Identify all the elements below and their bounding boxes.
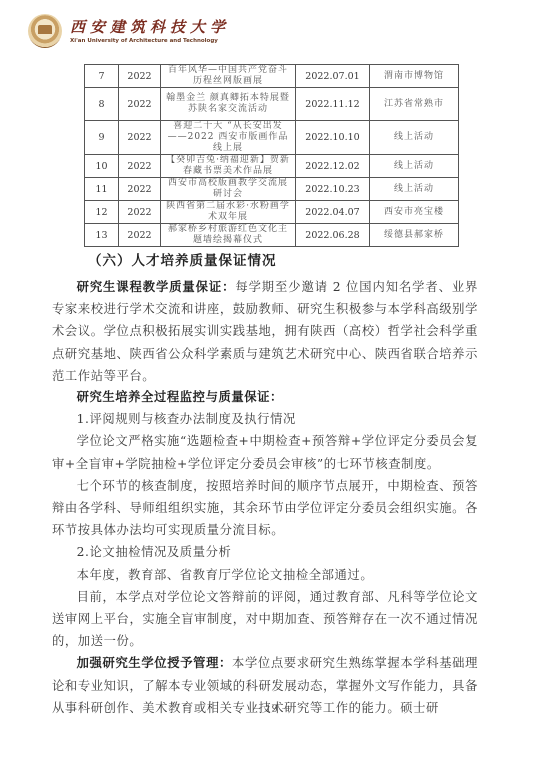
subheading-spot-check: 2.论文抽检情况及质量分析 bbox=[52, 541, 478, 563]
cell-location: 绥德县郝家桥 bbox=[370, 224, 459, 247]
cell-location: 线上活动 bbox=[370, 178, 459, 201]
cell-location: 渭南市博物馆 bbox=[370, 65, 459, 88]
cell-no: 9 bbox=[85, 121, 119, 155]
cell-date: 2022.06.28 bbox=[296, 224, 370, 247]
cell-location: 线上活动 bbox=[370, 155, 459, 178]
cell-location: 江苏省常熟市 bbox=[370, 88, 459, 121]
cell-title: 西安市高校版画教学交流展研讨会 bbox=[161, 178, 296, 201]
table-row: 9 2022 喜迎二十大 “从长安出发——2022 西安市版画作品线上展 202… bbox=[85, 121, 459, 155]
cell-no: 10 bbox=[85, 155, 119, 178]
paragraph-spot-check-result: 本年度，教育部、省教育厅学位论文抽检全部通过。 bbox=[52, 564, 478, 586]
table-row: 11 2022 西安市高校版画教学交流展研讨会 2022.10.23 线上活动 bbox=[85, 178, 459, 201]
cell-no: 11 bbox=[85, 178, 119, 201]
cell-date: 2022.10.23 bbox=[296, 178, 370, 201]
cell-date: 2022.07.01 bbox=[296, 65, 370, 88]
cell-title: 陕西省第二届水彩·水粉画学术双年展 bbox=[161, 201, 296, 224]
cell-date: 2022.04.07 bbox=[296, 201, 370, 224]
cell-title: 百年风华—中国共产党奋斗历程丝网版画展 bbox=[161, 65, 296, 88]
school-name-en: Xi'an University of Architecture and Tec… bbox=[70, 38, 218, 44]
section-heading: （六）人才培养质量保证情况 bbox=[88, 249, 277, 269]
university-seal-icon bbox=[28, 14, 62, 48]
cell-date: 2022.10.10 bbox=[296, 121, 370, 155]
para-bold-lead: 研究生课程教学质量保证： bbox=[77, 279, 236, 294]
page-number: － 19 － bbox=[0, 700, 543, 715]
cell-year: 2022 bbox=[119, 155, 161, 178]
cell-year: 2022 bbox=[119, 88, 161, 121]
table-row: 13 2022 郝家桥乡村旅游红色文化主题墙绘揭幕仪式 2022.06.28 绥… bbox=[85, 224, 459, 247]
cell-year: 2022 bbox=[119, 178, 161, 201]
para-text: 每学期至少邀请 2 位国内知名学者、业界专家来校进行学术交流和讲座，鼓励教师、研… bbox=[52, 280, 478, 383]
cell-title: 翰墨金兰 颜真卿拓本特展暨苏陕名家交流活动 bbox=[161, 88, 296, 121]
table-row: 8 2022 翰墨金兰 颜真卿拓本特展暨苏陕名家交流活动 2022.11.12 … bbox=[85, 88, 459, 121]
paragraph-seven-steps-detail: 七个环节的核查制度，按照培养时间的顺序节点展开，中期检查、预答辩由各学科、导师组… bbox=[52, 475, 478, 542]
cell-year: 2022 bbox=[119, 201, 161, 224]
cell-no: 13 bbox=[85, 224, 119, 247]
para-bold-lead: 研究生培养全过程监控与质量保证： bbox=[77, 389, 283, 404]
cell-location: 西安市亮宝楼 bbox=[370, 201, 459, 224]
cell-date: 2022.11.12 bbox=[296, 88, 370, 121]
cell-location: 线上活动 bbox=[370, 121, 459, 155]
cell-no: 12 bbox=[85, 201, 119, 224]
paragraph-monitoring-heading: 研究生培养全过程监控与质量保证： 1.评阅规则与核查办法制度及执行情况 学位论文… bbox=[52, 386, 478, 719]
document-header: 西安建筑科技大学 Xi'an University of Architectur… bbox=[28, 14, 328, 54]
subheading-review-rules: 1.评阅规则与核查办法制度及执行情况 bbox=[52, 408, 478, 430]
table-row: 10 2022 【癸卯吉兔·纳福迎新】贺新春藏书票美术作品展 2022.12.0… bbox=[85, 155, 459, 178]
cell-no: 7 bbox=[85, 65, 119, 88]
school-name-cn: 西安建筑科技大学 bbox=[70, 16, 230, 37]
cell-no: 8 bbox=[85, 88, 119, 121]
cell-year: 2022 bbox=[119, 121, 161, 155]
paragraph-seven-steps: 学位论文严格实施“选题检查+中期检查+预答辩+学位评定分委员会复审+全盲审+学院… bbox=[52, 430, 478, 474]
cell-title: 喜迎二十大 “从长安出发——2022 西安市版画作品线上展 bbox=[161, 121, 296, 155]
cell-title: 【癸卯吉兔·纳福迎新】贺新春藏书票美术作品展 bbox=[161, 155, 296, 178]
cell-year: 2022 bbox=[119, 65, 161, 88]
cell-year: 2022 bbox=[119, 224, 161, 247]
paragraph-blind-review: 目前，本学点对学位论文答辩前的评阅，通过教育部、凡科等学位论文送审网上平台，实施… bbox=[52, 586, 478, 653]
table-row: 12 2022 陕西省第二届水彩·水粉画学术双年展 2022.04.07 西安市… bbox=[85, 201, 459, 224]
cell-title: 郝家桥乡村旅游红色文化主题墙绘揭幕仪式 bbox=[161, 224, 296, 247]
cell-date: 2022.12.02 bbox=[296, 155, 370, 178]
exhibition-table: 7 2022 百年风华—中国共产党奋斗历程丝网版画展 2022.07.01 渭南… bbox=[84, 64, 459, 247]
para-bold-lead: 加强研究生学位授予管理： bbox=[77, 655, 232, 670]
paragraph-course-quality: 研究生课程教学质量保证：每学期至少邀请 2 位国内知名学者、业界专家来校进行学术… bbox=[52, 276, 478, 387]
table-row: 7 2022 百年风华—中国共产党奋斗历程丝网版画展 2022.07.01 渭南… bbox=[85, 65, 459, 88]
